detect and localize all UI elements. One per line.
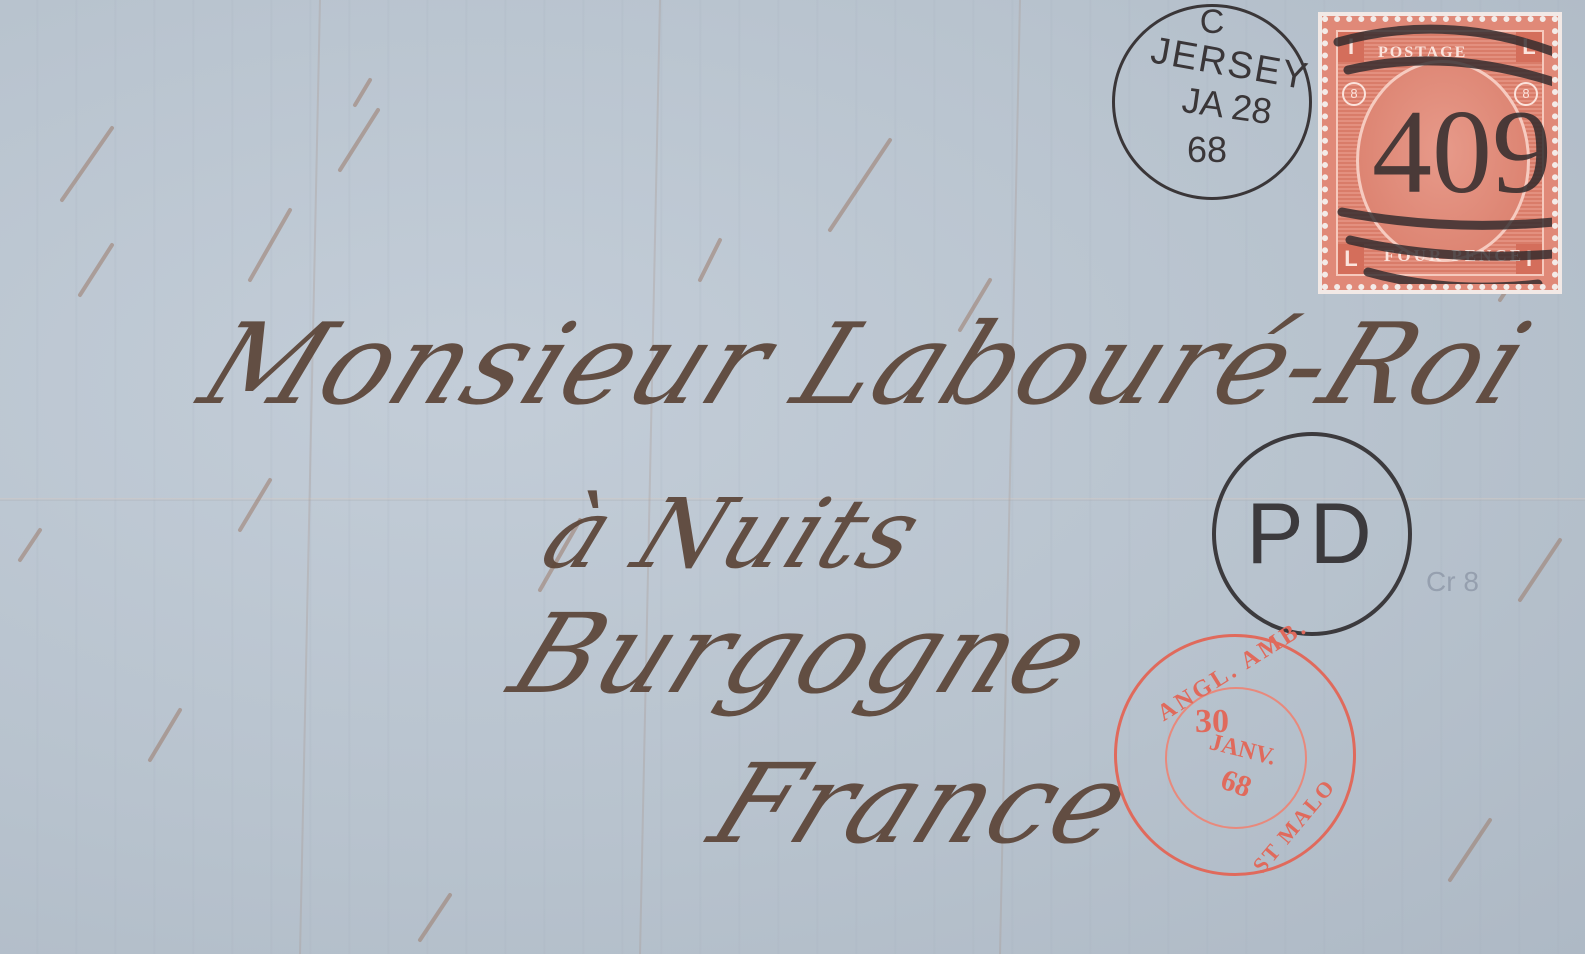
address-line-country: France <box>694 740 1150 868</box>
jersey-date-postmark: C JERSEY JA 28 68 <box>1112 4 1312 200</box>
duplex-cancel-bars-icon: 409 <box>1328 22 1558 290</box>
postmark-year: 68 <box>1115 129 1299 171</box>
address-line-town: à Nuits <box>527 478 938 590</box>
postage-stamp: I L L I POSTAGE FOUR PENCE 8 8 409 <box>1322 16 1558 290</box>
cancel-number: 409 <box>1372 85 1552 218</box>
paid-mark: PD <box>1212 432 1412 636</box>
pencil-notation: Cr 8 <box>1426 566 1479 598</box>
address-line-recipient: Monsieur Labouré-Roi <box>184 300 1549 430</box>
address-line-region: Burgogne <box>494 590 1109 718</box>
french-entry-postmark: ANGL. AMB. 30 JANV. 68 ST MALO <box>1114 634 1356 876</box>
